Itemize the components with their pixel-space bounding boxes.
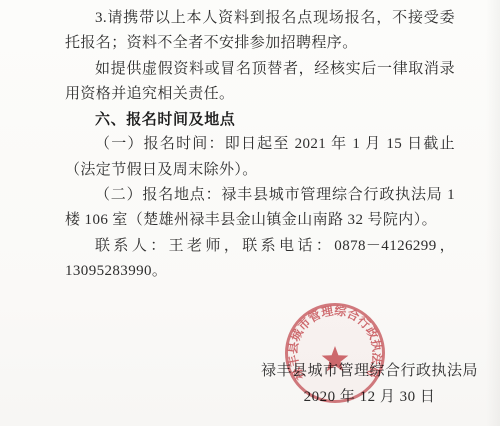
paragraph-false-materials: 如提供虚假资料或冒名顶替者，经核实后一律取消录用资格并追究相关责任。 bbox=[65, 57, 455, 108]
section-heading: 六、报名时间及地点 bbox=[65, 107, 455, 132]
document-body: 3.请携带以上本人资料到报名点现场报名，不接受委托报名；资料不全者不安排参加招聘… bbox=[0, 0, 500, 284]
paragraph-bring-materials: 3.请携带以上本人资料到报名点现场报名，不接受委托报名；资料不全者不安排参加招聘… bbox=[65, 6, 455, 57]
signature-date: 2020 年 12 月 30 日 bbox=[261, 385, 478, 410]
paragraph-registration-location: （二）报名地点：禄丰县城市管理综合行政执法局 1 楼 106 室（楚雄州禄丰县金… bbox=[65, 183, 455, 234]
paragraph-contact-info: 联系人：王老师，联系电话：0878－4126299，13095283990。 bbox=[65, 234, 455, 285]
signature-organization: 禄丰县城市管理综合行政执法局 bbox=[261, 359, 478, 384]
paragraph-registration-time: （一）报名时间：即日起至 2021 年 1 月 15 日截止（法定节假日及周末除… bbox=[65, 132, 455, 183]
signature-block: 禄丰县城市管理综合行政执法局 2020 年 12 月 30 日 bbox=[0, 359, 500, 410]
document-page: 3.请携带以上本人资料到报名点现场报名，不接受委托报名；资料不全者不安排参加招聘… bbox=[0, 0, 500, 426]
signature-inner: 禄丰县城市管理综合行政执法局 2020 年 12 月 30 日 bbox=[261, 359, 478, 410]
